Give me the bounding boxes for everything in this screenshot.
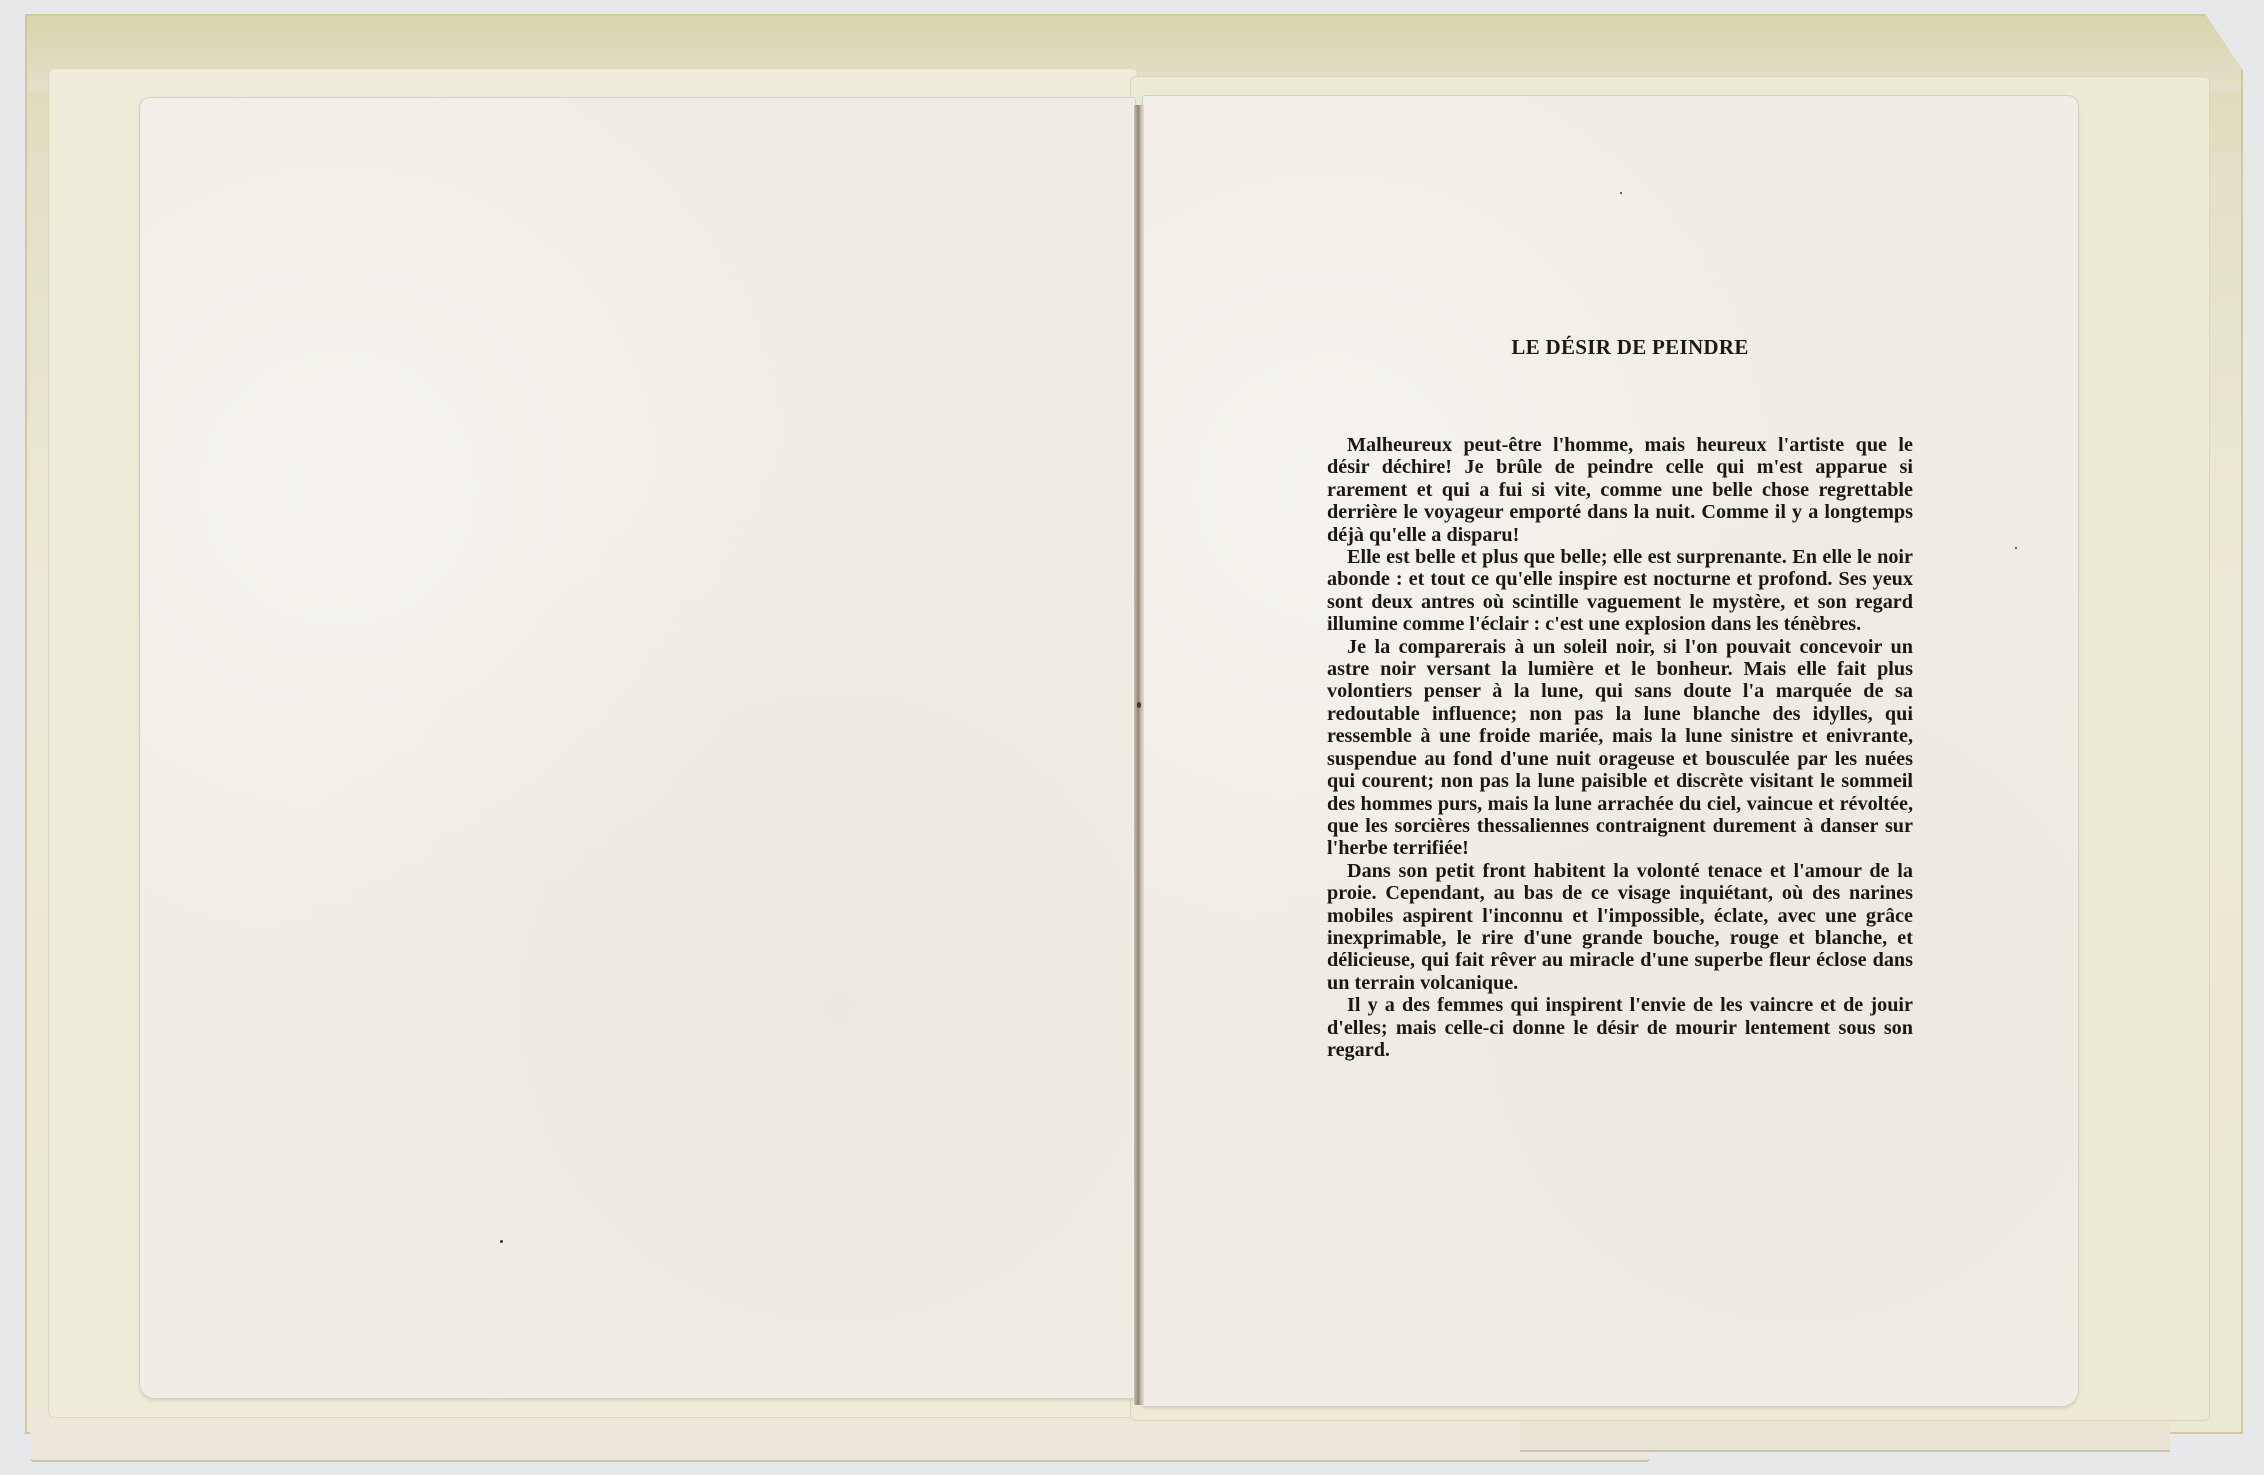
gutter-nick	[1137, 702, 1141, 708]
paragraph: Malheureux peut-être l'homme, mais heure…	[1327, 434, 1913, 546]
paper-speck	[2015, 547, 2017, 549]
poem-title: LE DÉSIR DE PEINDRE	[1470, 335, 1790, 360]
paragraph: Dans son petit front habitent la volonté…	[1327, 860, 1913, 994]
left-page	[140, 98, 1135, 1398]
paper-speck	[500, 1240, 503, 1243]
book-gutter	[1134, 105, 1144, 1405]
paragraph: Il y a des femmes qui inspirent l'envie …	[1327, 994, 1913, 1061]
paper-speck	[1620, 192, 1622, 194]
paragraph: Je la comparerais à un soleil noir, si l…	[1327, 636, 1913, 860]
poem-body: Malheureux peut-être l'homme, mais heure…	[1327, 434, 1913, 1061]
paragraph: Elle est belle et plus que belle; elle e…	[1327, 546, 1913, 636]
